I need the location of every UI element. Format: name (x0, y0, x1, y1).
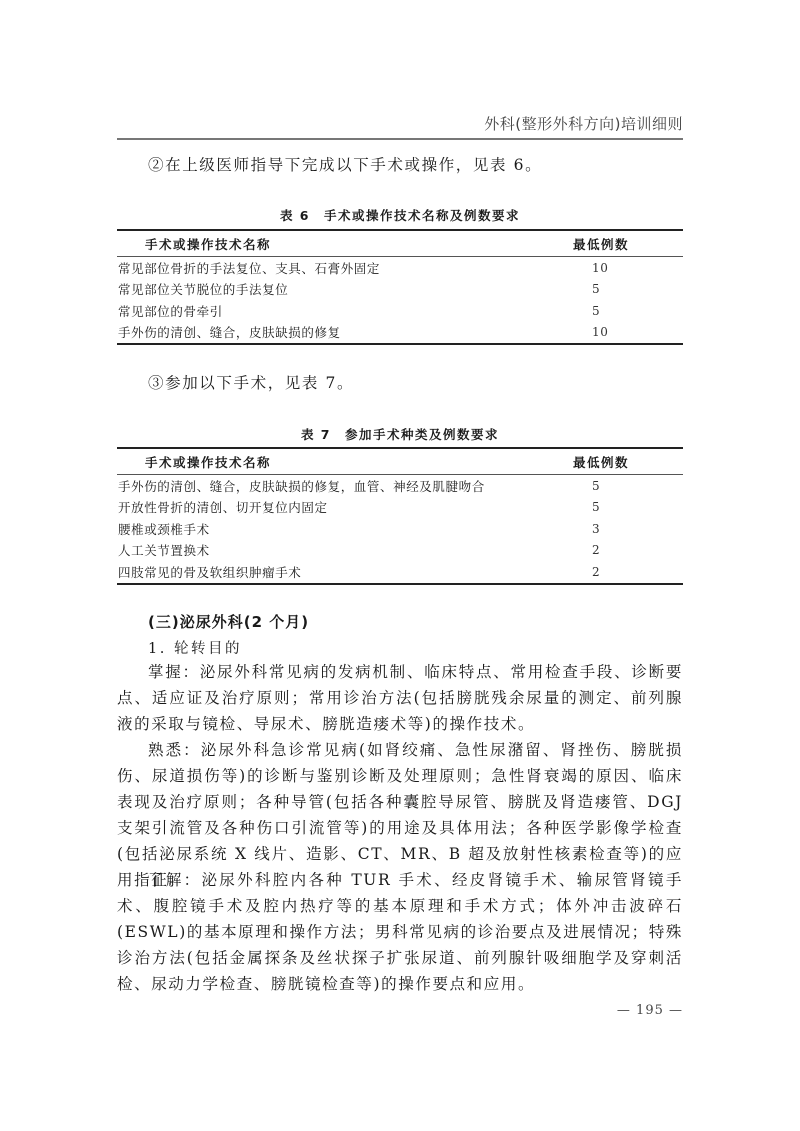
cell-name: 常见部位骨折的手法复位、支具、石膏外固定 (117, 257, 573, 279)
table7-intro: ③参加以下手术，见表 7。 (117, 370, 683, 396)
paragraph-understand: 了解：泌尿外科腔内各种 TUR 手术、经皮肾镜手术、输尿管肾镜手术、腹腔镜手术及… (117, 867, 683, 997)
table-row: 手外伤的清创、缝合，皮肤缺损的修复，血管、神经及肌腱吻合 5 (117, 475, 683, 497)
cell-count: 5 (573, 300, 683, 322)
table-row: 人工关节置换术 2 (117, 540, 683, 562)
cell-name: 腰椎或颈椎手术 (117, 518, 573, 540)
table-row: 腰椎或颈椎手术 3 (117, 518, 683, 540)
table6-intro: ②在上级医师指导下完成以下手术或操作，见表 6。 (117, 152, 683, 178)
cell-name: 常见部位关节脱位的手法复位 (117, 279, 573, 301)
subsection-heading: 1. 轮转目的 (148, 637, 242, 658)
table6-caption: 表 6手术或操作技术名称及例数要求 (117, 206, 683, 224)
table6-caption-number: 表 6 (280, 208, 310, 223)
cell-name: 手外伤的清创、缝合，皮肤缺损的修复 (117, 322, 573, 345)
table-row: 手外伤的清创、缝合，皮肤缺损的修复 10 (117, 322, 683, 345)
cell-name: 手外伤的清创、缝合，皮肤缺损的修复，血管、神经及肌腱吻合 (117, 475, 573, 497)
cell-count: 5 (573, 475, 683, 497)
table6-caption-title: 手术或操作技术名称及例数要求 (324, 208, 520, 223)
cell-count: 5 (573, 279, 683, 301)
column-header-count: 最低例数 (573, 230, 683, 257)
cell-count: 2 (573, 561, 683, 584)
table-row: 常见部位关节脱位的手法复位 5 (117, 279, 683, 301)
document-page: 外科(整形外科方向)培训细则 ②在上级医师指导下完成以下手术或操作，见表 6。 … (0, 0, 800, 1131)
section-heading: (三)泌尿外科(2 个月) (148, 611, 309, 632)
table7-caption: 表 7参加手术种类及例数要求 (117, 425, 683, 443)
table-row: 开放性骨折的清创、切开复位内固定 5 (117, 497, 683, 519)
table-header-row: 手术或操作技术名称 最低例数 (117, 230, 683, 257)
running-head: 外科(整形外科方向)培训细则 (117, 113, 683, 134)
table-header-row: 手术或操作技术名称 最低例数 (117, 448, 683, 475)
table-row: 常见部位的骨牵引 5 (117, 300, 683, 322)
table7-caption-number: 表 7 (301, 427, 331, 442)
cell-name: 人工关节置换术 (117, 540, 573, 562)
table-row: 四肢常见的骨及软组织肿瘤手术 2 (117, 561, 683, 584)
cell-name: 常见部位的骨牵引 (117, 300, 573, 322)
cell-count: 10 (573, 257, 683, 279)
paragraph-master: 掌握：泌尿外科常见病的发病机制、临床特点、常用检查手段、诊断要点、适应证及治疗原… (117, 659, 683, 737)
cell-count: 10 (573, 322, 683, 345)
column-header-name: 手术或操作技术名称 (117, 230, 573, 257)
column-header-count: 最低例数 (573, 448, 683, 475)
cell-count: 3 (573, 518, 683, 540)
column-header-name: 手术或操作技术名称 (117, 448, 573, 475)
cell-count: 2 (573, 540, 683, 562)
page-number: — 195 — (560, 1003, 683, 1018)
table7: 手术或操作技术名称 最低例数 手外伤的清创、缝合，皮肤缺损的修复，血管、神经及肌… (117, 447, 683, 585)
table6: 手术或操作技术名称 最低例数 常见部位骨折的手法复位、支具、石膏外固定 10 常… (117, 229, 683, 345)
table7-caption-title: 参加手术种类及例数要求 (345, 427, 499, 442)
header-rule (117, 138, 683, 140)
cell-name: 四肢常见的骨及软组织肿瘤手术 (117, 561, 573, 584)
table-row: 常见部位骨折的手法复位、支具、石膏外固定 10 (117, 257, 683, 279)
cell-count: 5 (573, 497, 683, 519)
cell-name: 开放性骨折的清创、切开复位内固定 (117, 497, 573, 519)
